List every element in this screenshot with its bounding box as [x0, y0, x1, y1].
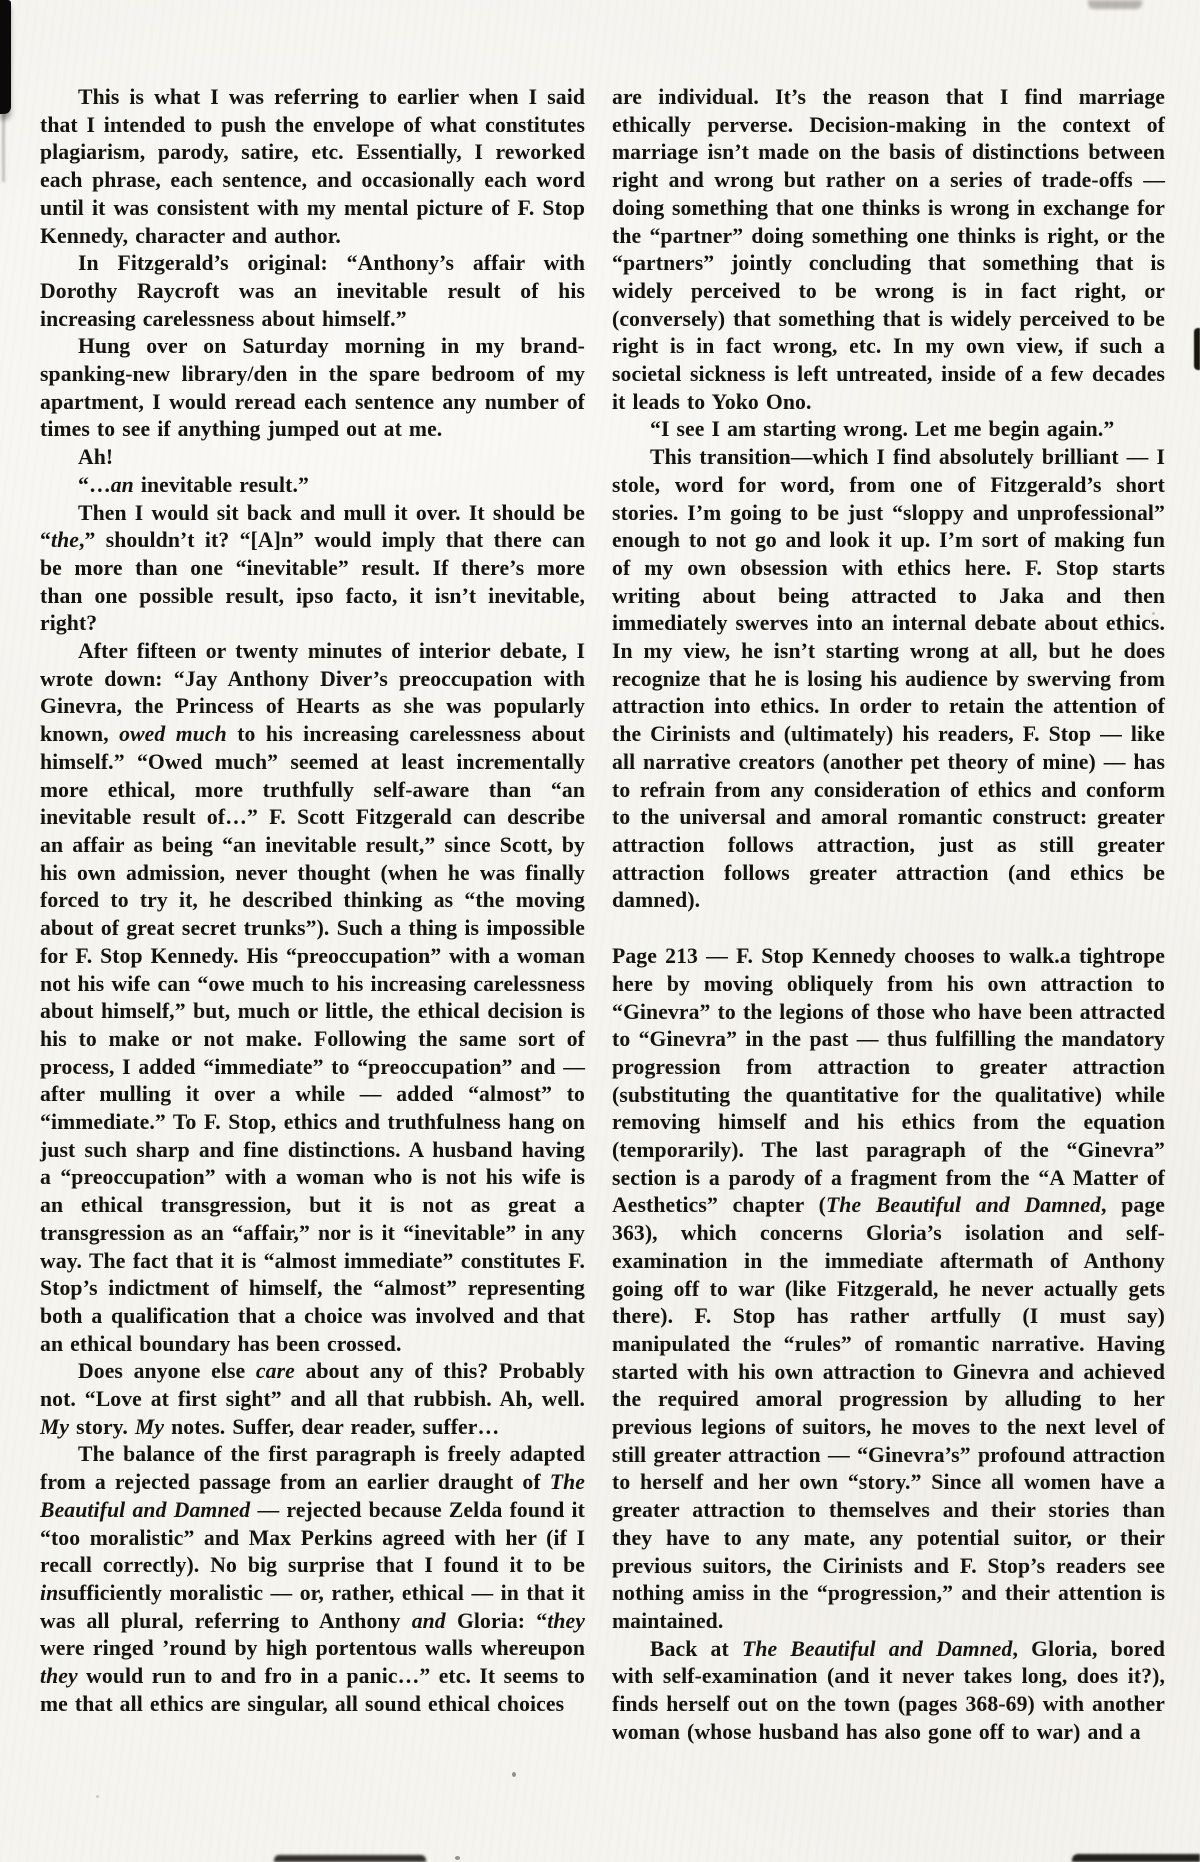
paragraph: In Fitzgerald’s original: “Anthony’s aff…: [40, 250, 585, 333]
paragraph: After fifteen or twenty minutes of inter…: [40, 638, 585, 1358]
scan-speck: [512, 1772, 516, 1777]
paragraph: Does anyone else care about any of this?…: [40, 1358, 585, 1441]
paragraph: “I see I am starting wrong. Let me begin…: [612, 416, 1165, 444]
left-text-column: This is what I was referring to earlier …: [40, 84, 585, 1746]
paragraph: Hung over on Saturday morning in my bran…: [40, 333, 585, 444]
paragraph: are individual. It’s the reason that I f…: [612, 84, 1165, 416]
scan-speck: [96, 1795, 99, 1798]
page-text-area: This is what I was referring to earlier …: [40, 84, 1165, 1746]
paragraph: This transition—which I find absolutely …: [612, 444, 1165, 915]
paragraph: Back at The Beautiful and Damned, Gloria…: [612, 1636, 1165, 1747]
scan-artifact-bottom-right-smudge: [1072, 1854, 1200, 1862]
paragraph: Page 213 — F. Stop Kennedy chooses to wa…: [612, 943, 1165, 1636]
scan-artifact-right-edge-mark: [1194, 328, 1200, 370]
paragraph: This is what I was referring to earlier …: [40, 84, 585, 250]
scanned-document-page: This is what I was referring to earlier …: [0, 0, 1200, 1862]
paragraph: Then I would sit back and mull it over. …: [40, 500, 585, 639]
paragraph: Ah!: [40, 444, 585, 472]
scan-artifact-left-edge-bar: [0, 0, 11, 114]
right-text-column: are individual. It’s the reason that I f…: [612, 84, 1165, 1746]
paragraph: “…an inevitable result.”: [40, 472, 585, 500]
scan-artifact-top-edge-smudge: [1088, 0, 1142, 9]
scan-artifact-left-edge-tail: [2, 112, 5, 182]
paragraph: The balance of the first paragraph is fr…: [40, 1441, 585, 1718]
scan-artifact-bottom-smudge: [274, 1855, 426, 1862]
scan-speck: [455, 1856, 460, 1860]
